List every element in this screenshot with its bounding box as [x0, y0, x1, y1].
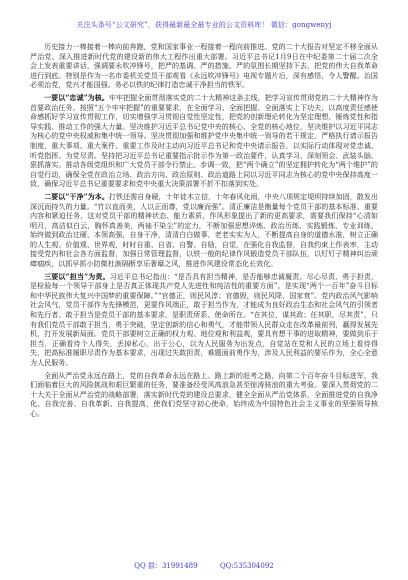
paragraph-text: 全面从严治党永远在路上，党的自我革命永远在路上。路上新的赶考之路，向第二个百年奋…	[30, 371, 378, 418]
paragraph-text: 历史接力一棒接着一棒向前奔跑，党和国家事业一程接着一程向前推进。党的二十大报告对…	[30, 42, 378, 89]
qq-group-number: QQ 群：31991489	[134, 562, 197, 570]
qq-number: QQ:535304092	[220, 562, 274, 570]
section-heading: 二要以“干净”为本。	[44, 192, 109, 201]
footer-contact: QQ 群：31991489 QQ:535304092	[0, 561, 408, 571]
section-heading: 三要以“担当”为责。	[44, 272, 110, 281]
header-promo-note: 关注头条号“公文研究”，获得最新最全最专业的公文资料库！ 微信：gongweny…	[0, 20, 408, 30]
paragraph-text: 习近平总书记指出：“是否具有担当精神，是否能够忠诚履责、尽心尽责、勇于担责，是检…	[30, 272, 378, 367]
paragraph-intro: 历史接力一棒接着一棒向前奔跑，党和国家事业一程接着一程向前推进。党的二十大报告对…	[30, 42, 378, 90]
paragraph-text: 牢牢把握全面贯彻落实党的二十大精神这条主线，把学习宣传贯彻党的二十大精神作为首要…	[30, 93, 378, 188]
paragraph-responsibility: 三要以“担当”为责。习近平总书记指出：“是否具有担当精神，是否能够忠诚履责、尽心…	[30, 272, 378, 368]
document-body: 历史接力一棒接着一棒向前奔跑，党和国家事业一程接着一程向前推进。党的二十大报告对…	[30, 42, 378, 422]
paragraph-loyalty: 一要以“忠诚”为核。牢牢把握全面贯彻落实党的二十大精神这条主线，把学习宣传贯彻党…	[30, 93, 378, 189]
section-heading: 一要以“忠诚”为核。	[44, 93, 109, 102]
paragraph-text: 打铁还需自身硬，十年徒木立信，十年春风化雨，中央八项规定堤坝持续加固，散发出深沉…	[30, 192, 378, 268]
paragraph-integrity: 二要以“干净”为本。打铁还需自身硬，十年徒木立信，十年春风化雨，中央八项规定堤坝…	[30, 192, 378, 269]
paragraph-conclusion: 全面从严治党永远在路上，党的自我革命永远在路上。路上新的赶考之路，向第二个百年奋…	[30, 371, 378, 419]
